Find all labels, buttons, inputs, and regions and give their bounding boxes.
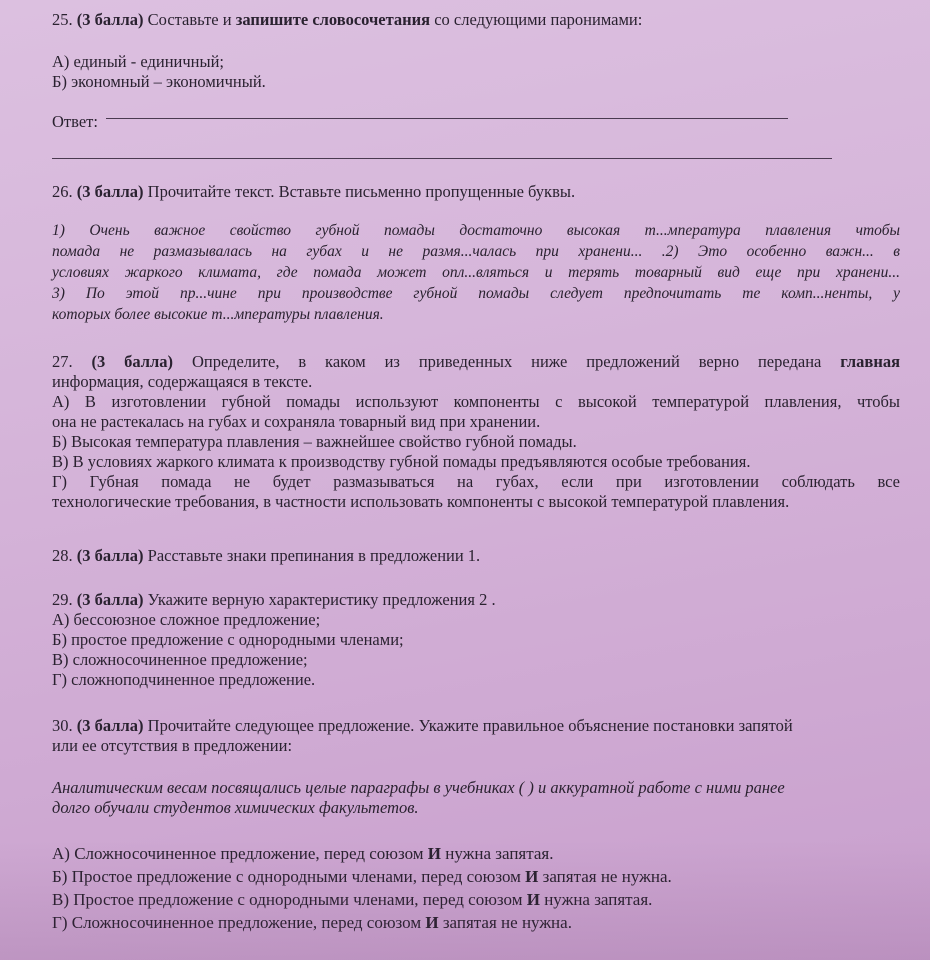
question-27-prompt: 27. (3 балла) Определите, в каком из при… [52, 352, 900, 372]
exam-page: 25. (3 балла) Составьте и запишите слово… [0, 0, 930, 960]
option-g-cont: технологические требования, в частности … [52, 492, 900, 512]
option-v: В) В условиях жаркого климата к производ… [52, 452, 900, 472]
question-25: 25. (3 балла) Составьте и запишите слово… [52, 10, 900, 132]
option-g: Г) Губная помада не будет размазываться … [52, 472, 900, 492]
question-25-prompt: 25. (3 балла) Составьте и запишите слово… [52, 10, 900, 30]
question-30: 30. (3 балла) Прочитайте следующее предл… [52, 716, 900, 934]
answer-line-2[interactable] [52, 158, 832, 159]
option-b: Б) Высокая температура плавления – важне… [52, 432, 900, 452]
question-26: 26. (3 балла) Прочитайте текст. Вставьте… [52, 182, 900, 325]
option-a: А) единый - единичный; [52, 52, 900, 72]
question-30-sentence: Аналитическим весам посвящались целые па… [52, 778, 900, 818]
passage-line: помада не размазывалась на губах и не ра… [52, 241, 900, 262]
sentence-line: долго обучали студентов химических факул… [52, 798, 900, 818]
option-g: Г) Сложносочиненное предложение, перед с… [52, 911, 900, 934]
question-29: 29. (3 балла) Укажите верную характерист… [52, 590, 900, 690]
passage-line: 1) Очень важное свойство губной помады д… [52, 220, 900, 241]
option-v: В) Простое предложение с однородными чле… [52, 888, 900, 911]
passage-line: которых более высокие т...мпературы плав… [52, 304, 900, 325]
question-30-options: А) Сложносочиненное предложение, перед с… [52, 842, 900, 934]
passage-line: 3) По этой пр...чине при производстве гу… [52, 283, 900, 304]
question-27-prompt-cont: информация, содержащаяся в тексте. [52, 372, 900, 392]
question-30-prompt-cont: или ее отсутствия в предложении: [52, 736, 900, 756]
option-b: Б) экономный – экономичный. [52, 72, 900, 92]
answer-line-1[interactable] [106, 118, 788, 119]
option-a: А) бессоюзное сложное предложение; [52, 610, 900, 630]
option-b: Б) Простое предложение с однородными чле… [52, 865, 900, 888]
question-28: 28. (3 балла) Расставьте знаки препинани… [52, 546, 900, 566]
answer-label: Ответ: [52, 112, 900, 132]
question-27: 27. (3 балла) Определите, в каком из при… [52, 352, 900, 512]
option-g: Г) сложноподчиненное предложение. [52, 670, 900, 690]
sentence-line: Аналитическим весам посвящались целые па… [52, 778, 900, 798]
option-a-cont: она не растекалась на губах и сохраняла … [52, 412, 900, 432]
question-26-prompt: 26. (3 балла) Прочитайте текст. Вставьте… [52, 182, 900, 202]
option-b: Б) простое предложение с однородными чле… [52, 630, 900, 650]
question-29-prompt: 29. (3 балла) Укажите верную характерист… [52, 590, 900, 610]
question-26-passage: 1) Очень важное свойство губной помады д… [52, 220, 900, 325]
question-28-prompt: 28. (3 балла) Расставьте знаки препинани… [52, 546, 900, 566]
passage-line: условиях жаркого климата, где помада мож… [52, 262, 900, 283]
option-a: А) Сложносочиненное предложение, перед с… [52, 842, 900, 865]
option-a: А) В изготовлении губной помады использу… [52, 392, 900, 412]
question-30-prompt: 30. (3 балла) Прочитайте следующее предл… [52, 716, 900, 736]
option-v: В) сложносочиненное предложение; [52, 650, 900, 670]
